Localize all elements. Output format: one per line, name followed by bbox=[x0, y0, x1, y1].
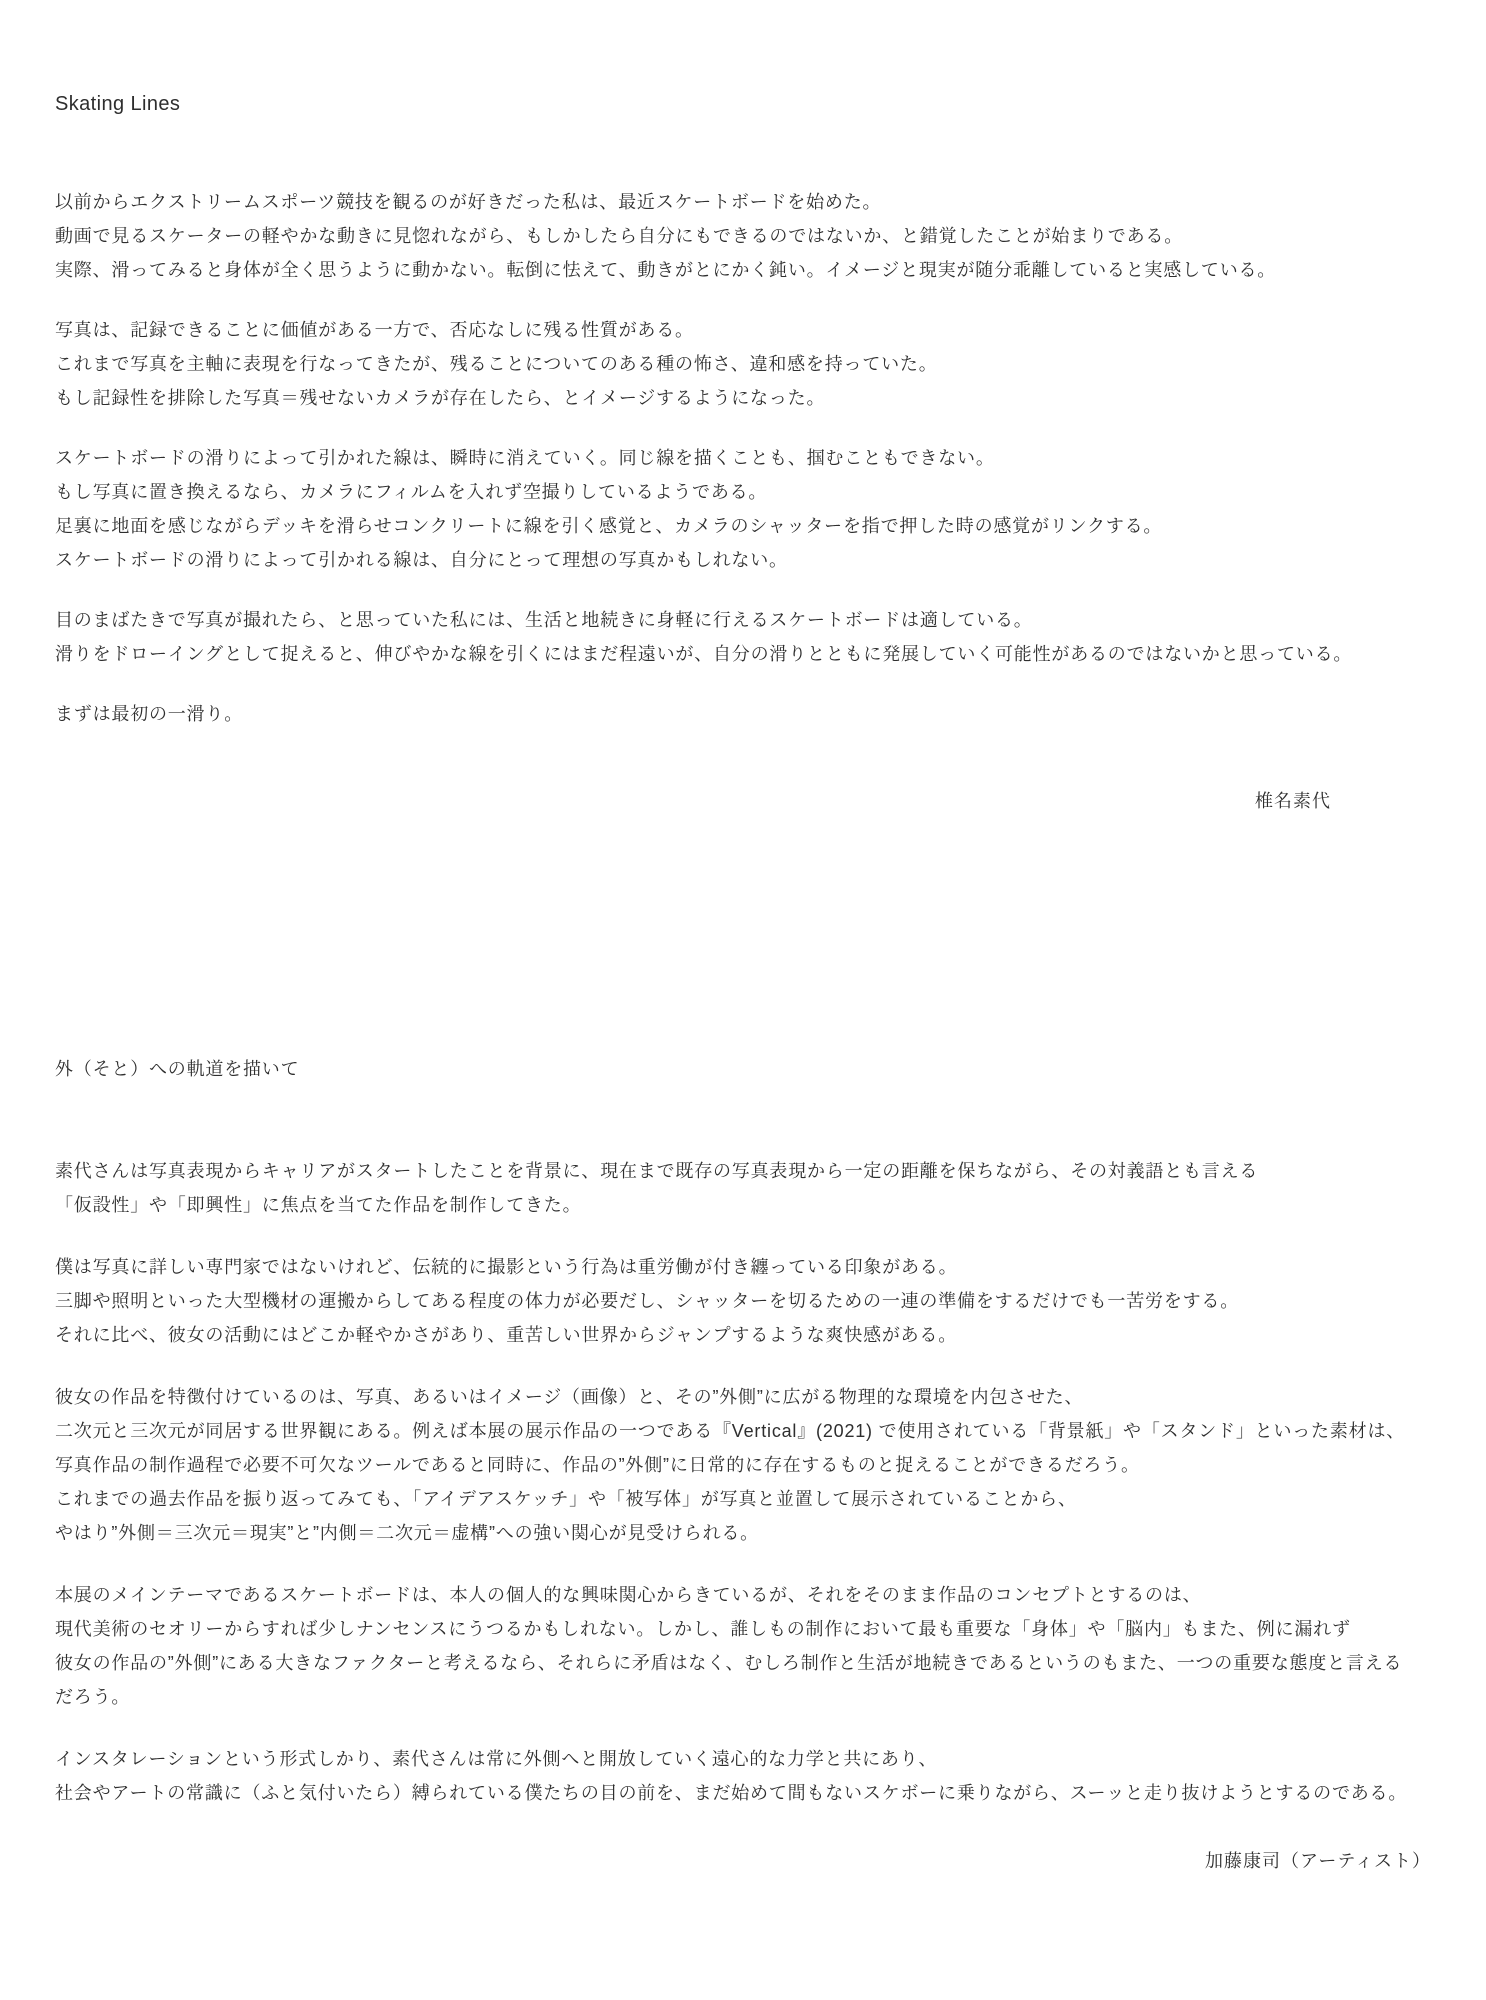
text-line: 動画で見るスケーターの軽やかな動きに見惚れながら、もしかしたら自分にもできるので… bbox=[55, 219, 1431, 253]
statement-paragraph: 目のまばたきで写真が撮れたら、と思っていた私には、生活と地続きに身軽に行えるスケ… bbox=[55, 603, 1431, 671]
text-line: 現代美術のセオリーからすれば少しナンセンスにうつるかもしれない。しかし、誰しもの… bbox=[55, 1612, 1431, 1646]
text-line: もし写真に置き換えるなら、カメラにフィルムを入れず空撮りしているようである。 bbox=[55, 475, 1431, 509]
statement-paragraph: まずは最初の一滑り。 bbox=[55, 697, 1431, 731]
text-line: もし記録性を排除した写真＝残せないカメラが存在したら、とイメージするようになった… bbox=[55, 381, 1431, 415]
text-line: インスタレーションという形式しかり、素代さんは常に外側へと開放していく遠心的な力… bbox=[55, 1742, 1431, 1776]
text-line: これまでの過去作品を振り返ってみても、「アイデアスケッチ」や「被写体」が写真と並… bbox=[55, 1482, 1431, 1516]
text-line: 写真は、記録できることに価値がある一方で、否応なしに残る性質がある。 bbox=[55, 313, 1431, 347]
essay-paragraph: 僕は写真に詳しい専門家ではないけれど、伝統的に撮影という行為は重労働が付き纏って… bbox=[55, 1250, 1431, 1352]
text-line: 目のまばたきで写真が撮れたら、と思っていた私には、生活と地続きに身軽に行えるスケ… bbox=[55, 603, 1431, 637]
statement-signature: 椎名素代 bbox=[55, 784, 1431, 818]
text-line: やはり”外側＝三次元＝現実”と”内側＝二次元＝虚構”への強い関心が見受けられる。 bbox=[55, 1516, 1431, 1550]
text-line: 彼女の作品の”外側”にある大きなファクターと考えるなら、それらに矛盾はなく、むし… bbox=[55, 1646, 1431, 1680]
text-line: 彼女の作品を特徴付けているのは、写真、あるいはイメージ（画像）と、その”外側”に… bbox=[55, 1380, 1431, 1414]
text-line: 素代さんは写真表現からキャリアがスタートしたことを背景に、現在まで既存の写真表現… bbox=[55, 1154, 1431, 1188]
text-line: 本展のメインテーマであるスケートボードは、本人の個人的な興味関心からきているが、… bbox=[55, 1578, 1431, 1612]
text-line: だろう。 bbox=[55, 1680, 1431, 1714]
essay-paragraph: 素代さんは写真表現からキャリアがスタートしたことを背景に、現在まで既存の写真表現… bbox=[55, 1154, 1431, 1222]
essay-paragraph: 彼女の作品を特徴付けているのは、写真、あるいはイメージ（画像）と、その”外側”に… bbox=[55, 1380, 1431, 1550]
text-line: 僕は写真に詳しい専門家ではないけれど、伝統的に撮影という行為は重労働が付き纏って… bbox=[55, 1250, 1431, 1284]
text-line: それに比べ、彼女の活動にはどこか軽やかさがあり、重苦しい世界からジャンプするよう… bbox=[55, 1318, 1431, 1352]
text-line: スケートボードの滑りによって引かれた線は、瞬時に消えていく。同じ線を描くことも、… bbox=[55, 441, 1431, 475]
text-line: 二次元と三次元が同居する世界観にある。例えば本展の展示作品の一つである『Vert… bbox=[55, 1414, 1431, 1448]
text-line: まずは最初の一滑り。 bbox=[55, 697, 1431, 731]
text-line: 三脚や照明といった大型機材の運搬からしてある程度の体力が必要だし、シャッターを切… bbox=[55, 1284, 1431, 1318]
text-line: 社会やアートの常識に（ふと気付いたら）縛られている僕たちの目の前を、まだ始めて間… bbox=[55, 1776, 1431, 1810]
text-line: 「仮設性」や「即興性」に焦点を当てた作品を制作してきた。 bbox=[55, 1188, 1431, 1222]
text-line: これまで写真を主軸に表現を行なってきたが、残ることについてのある種の怖さ、違和感… bbox=[55, 347, 1431, 381]
statement-paragraph: 以前からエクストリームスポーツ競技を観るのが好きだった私は、最近スケートボードを… bbox=[55, 185, 1431, 287]
text-line: 写真作品の制作過程で必要不可欠なツールであると同時に、作品の”外側”に日常的に存… bbox=[55, 1448, 1431, 1482]
document-page: Skating Lines 以前からエクストリームスポーツ競技を観るのが好きだっ… bbox=[0, 0, 1486, 2000]
text-line: 以前からエクストリームスポーツ競技を観るのが好きだった私は、最近スケートボードを… bbox=[55, 185, 1431, 219]
text-line: 足裏に地面を感じながらデッキを滑らせコンクリートに線を引く感覚と、カメラのシャッ… bbox=[55, 509, 1431, 543]
text-line: 滑りをドローイングとして捉えると、伸びやかな線を引くにはまだ程遠いが、自分の滑り… bbox=[55, 637, 1431, 671]
essay-signature: 加藤康司（アーティスト） bbox=[55, 1844, 1431, 1878]
statement-paragraph: 写真は、記録できることに価値がある一方で、否応なしに残る性質がある。 これまで写… bbox=[55, 313, 1431, 415]
text-line: スケートボードの滑りによって引かれる線は、自分にとって理想の写真かもしれない。 bbox=[55, 543, 1431, 577]
essay-paragraph: 本展のメインテーマであるスケートボードは、本人の個人的な興味関心からきているが、… bbox=[55, 1578, 1431, 1714]
essay-heading: 外（そと）への軌道を描いて bbox=[55, 1055, 1431, 1083]
document-title: Skating Lines bbox=[55, 0, 1431, 118]
document-content: Skating Lines 以前からエクストリームスポーツ競技を観るのが好きだっ… bbox=[0, 0, 1486, 1878]
statement-paragraph: スケートボードの滑りによって引かれた線は、瞬時に消えていく。同じ線を描くことも、… bbox=[55, 441, 1431, 577]
text-line: 実際、滑ってみると身体が全く思うように動かない。転倒に怯えて、動きがとにかく鈍い… bbox=[55, 253, 1431, 287]
essay-paragraph: インスタレーションという形式しかり、素代さんは常に外側へと開放していく遠心的な力… bbox=[55, 1742, 1431, 1810]
